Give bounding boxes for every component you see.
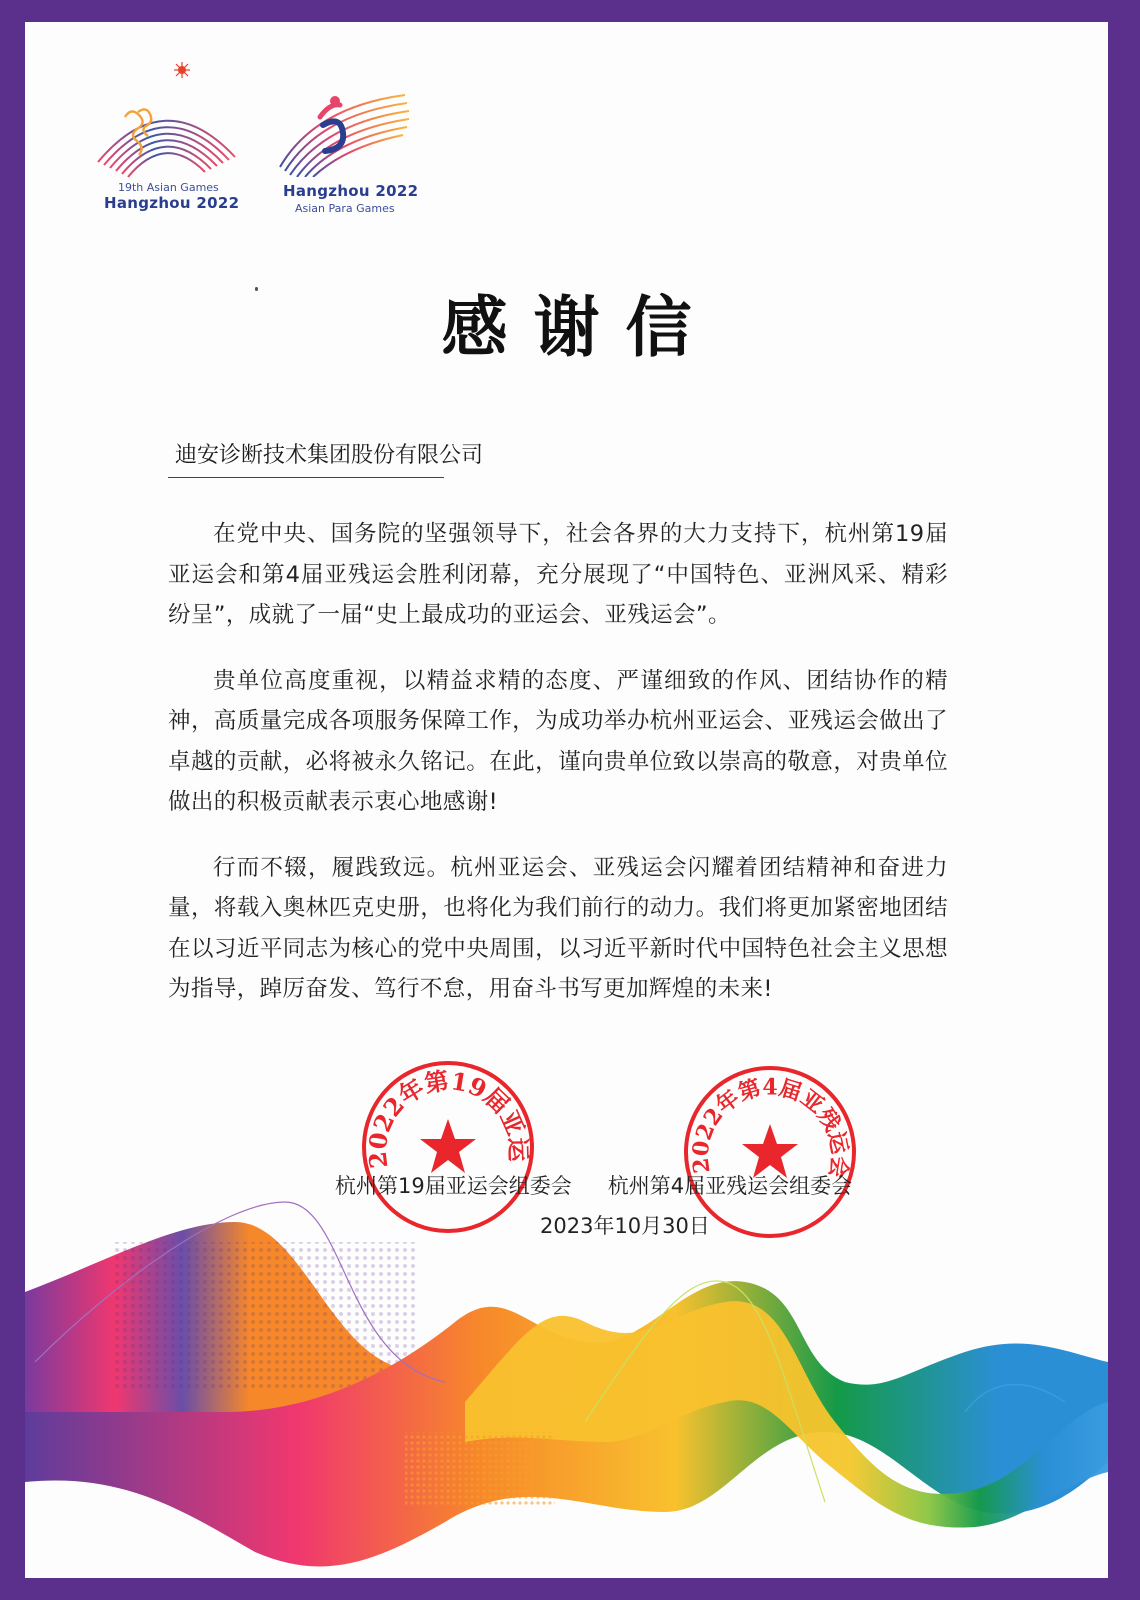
signature-date: 2023年10月30日 bbox=[540, 1210, 710, 1240]
paragraph-3: 行而不辍，履践致远。杭州亚运会、亚残运会闪耀着团结精神和奋进力量，将载入奥林匹克… bbox=[168, 848, 948, 1010]
rainbow-wave-decoration bbox=[25, 1182, 1108, 1578]
signature-org-asian-games: 杭州第19届亚运会组委会 bbox=[335, 1170, 572, 1200]
asian-games-caption: Hangzhou 2022 bbox=[104, 194, 239, 212]
asian-para-games-emblem-icon bbox=[275, 87, 415, 177]
recipient-underline bbox=[168, 477, 444, 478]
red-star-icon bbox=[420, 1119, 476, 1173]
paragraph-2: 贵单位高度重视，以精益求精的态度、严谨细致的作风、团结协作的精神，高质量完成各项… bbox=[168, 661, 948, 823]
letter-page: 19th Asian Games Hangzhou 2022 bbox=[25, 22, 1108, 1578]
recipient-name: 迪安诊断技术集团股份有限公司 bbox=[175, 438, 483, 469]
seal-asian-games: 2022年第19届亚运会组委会 bbox=[358, 1057, 538, 1237]
signature-org-asian-para-games: 杭州第4届亚残运会组委会 bbox=[608, 1170, 852, 1200]
asian-para-games-caption-small: Asian Para Games bbox=[295, 202, 395, 215]
asian-para-games-caption: Hangzhou 2022 bbox=[283, 182, 418, 200]
asian-games-emblem-icon bbox=[90, 62, 240, 182]
signature-block: 杭州第19届亚运会组委会 杭州第4届亚残运会组委会 2023年10月30日 bbox=[335, 1170, 945, 1200]
paragraph-1: 在党中央、国务院的坚强领导下，社会各界的大力支持下，杭州第19届亚运会和第4届亚… bbox=[168, 514, 948, 636]
asian-games-caption-small: 19th Asian Games bbox=[118, 181, 219, 194]
letter-title: 感谢信 bbox=[25, 274, 1108, 369]
letter-body: 在党中央、国务院的坚强领导下，社会各界的大力支持下，杭州第19届亚运会和第4届亚… bbox=[168, 514, 948, 1035]
